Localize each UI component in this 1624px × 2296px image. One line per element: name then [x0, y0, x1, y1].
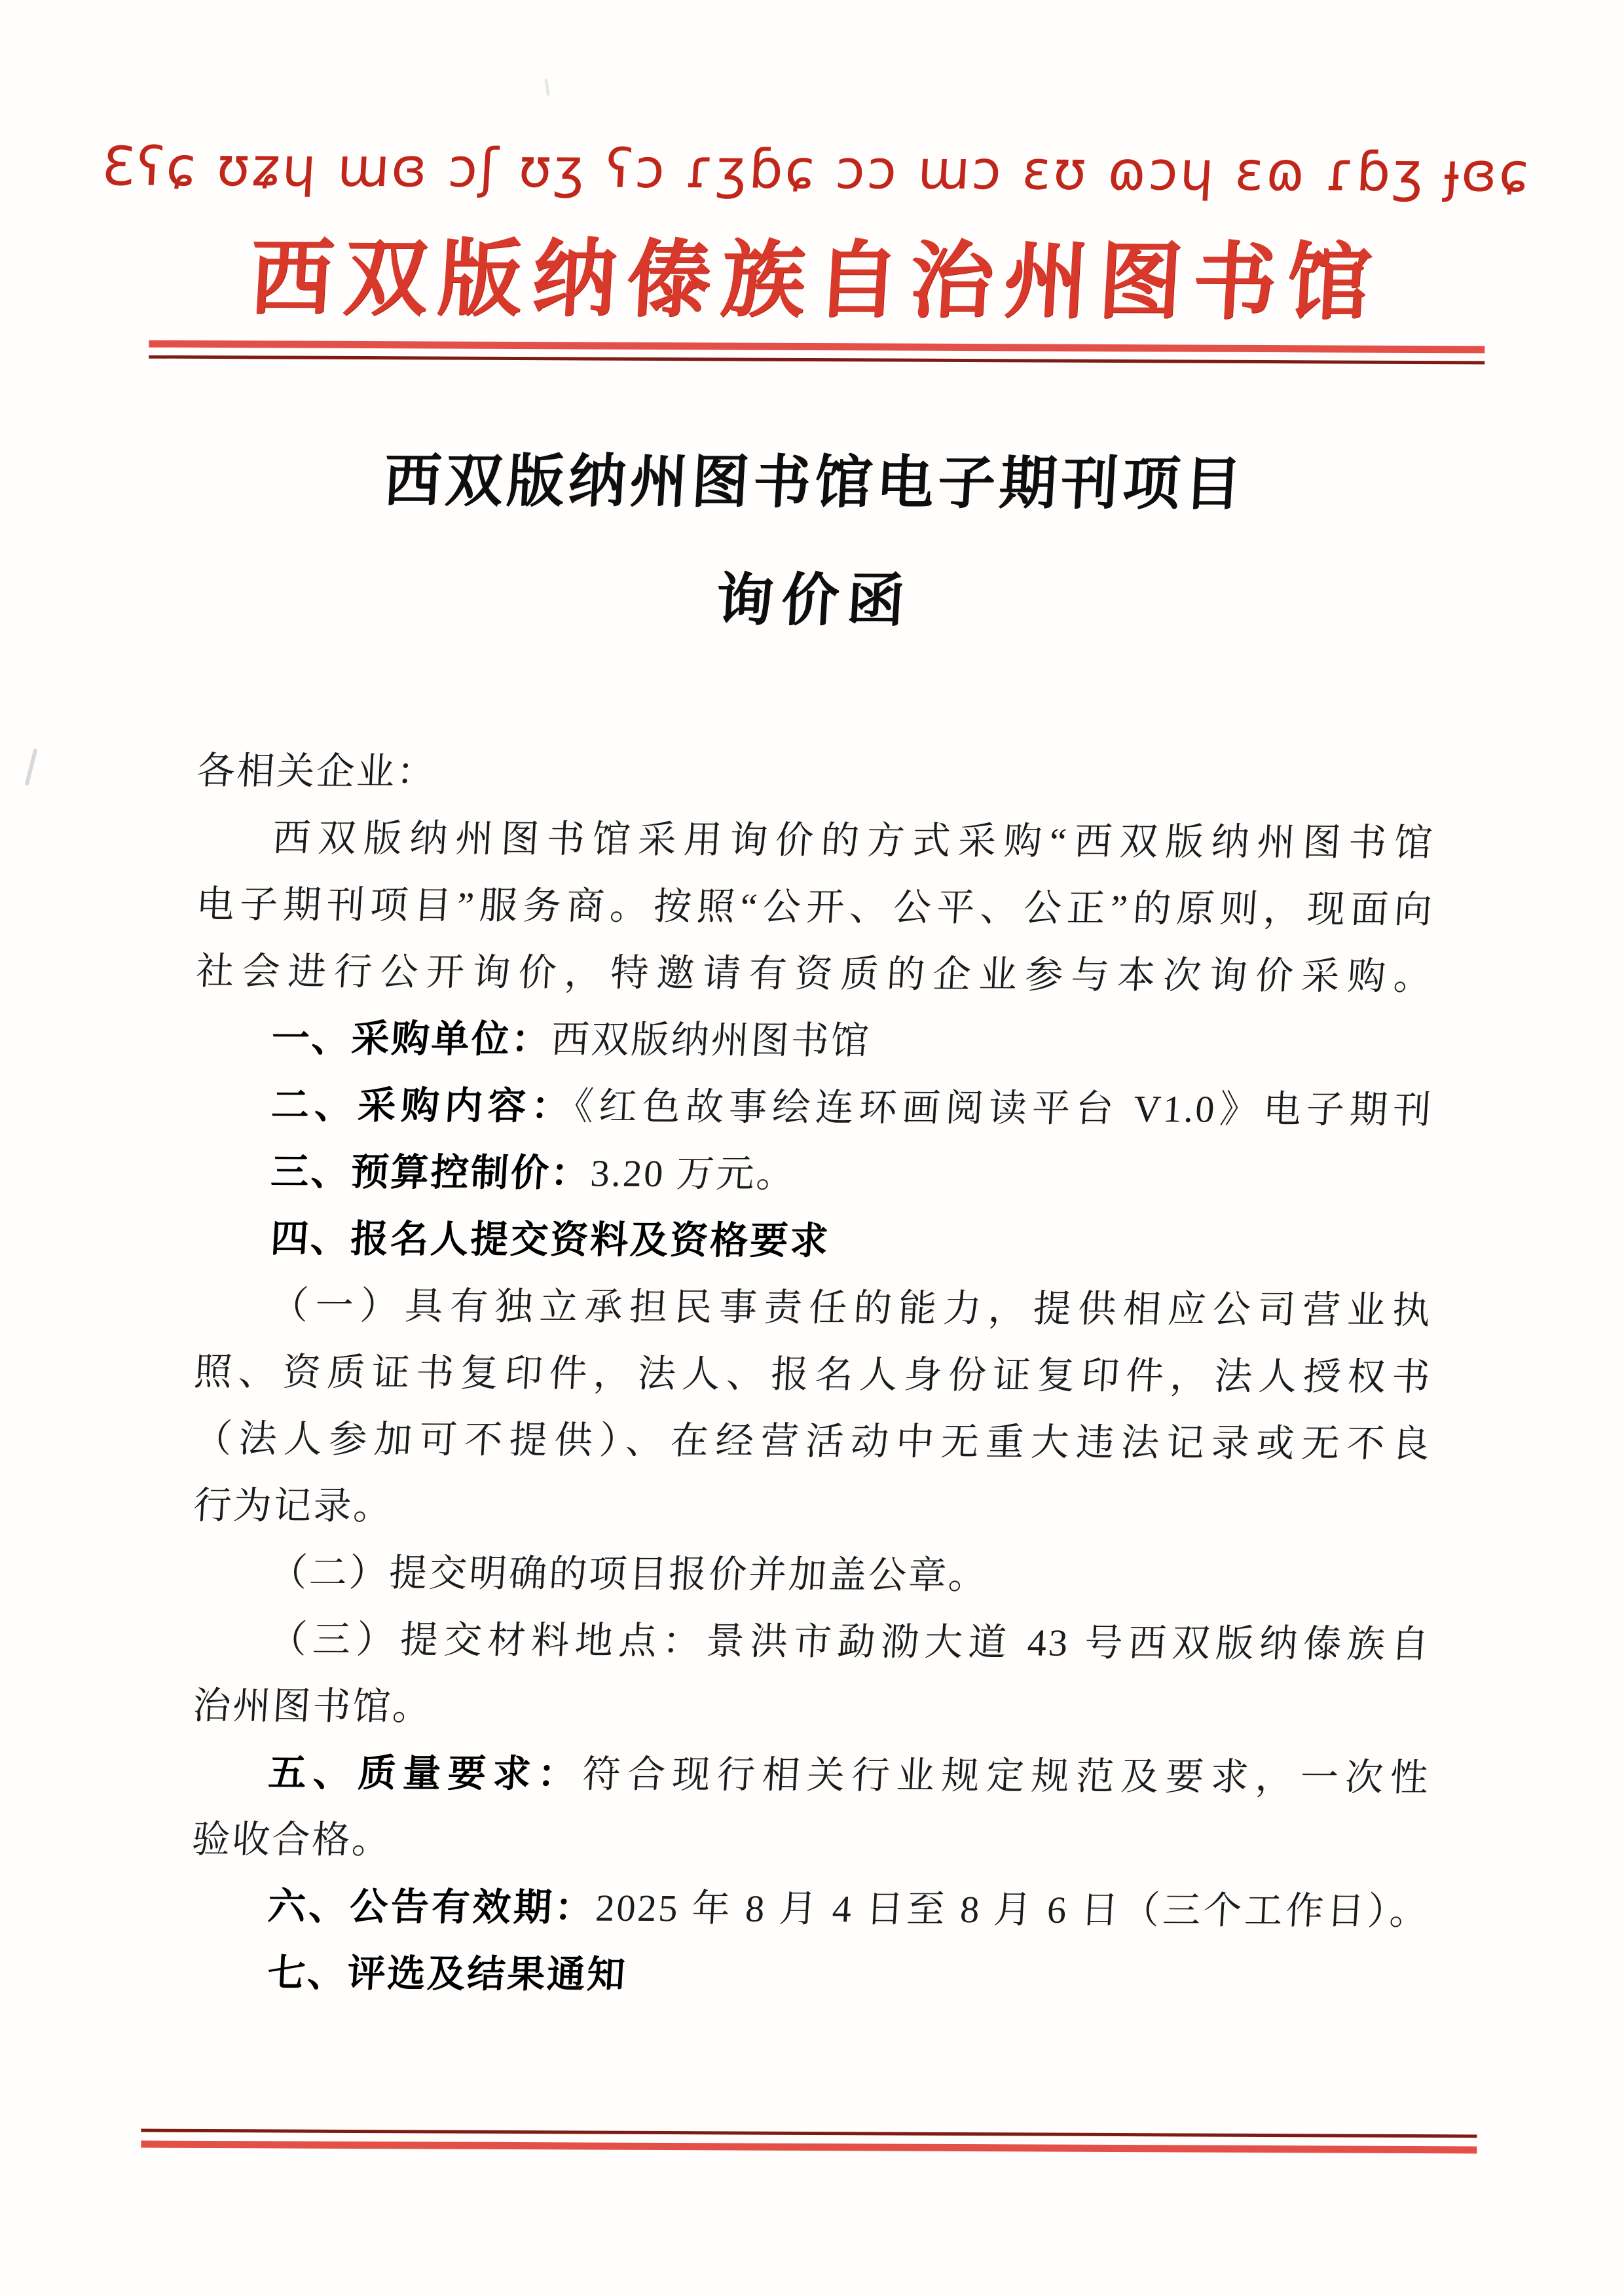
- text-run: 《红色故事绘连环画阅读平台 V1.0》电子期刊: [574, 1085, 1435, 1131]
- text-run: 西双版纳州图书馆采用询价的方式采购“西双版纳州图书馆: [271, 816, 1435, 864]
- body-lines: 各相关企业：西双版纳州图书馆采用询价的方式采购“西双版纳州图书馆电子期刊项目”服…: [191, 738, 1434, 2012]
- section-label: 一、采购单位：: [270, 1017, 553, 1061]
- body-line: 四、报名人提交资料及资格要求: [193, 1205, 1434, 1277]
- organization-title: 西双版纳傣族自治州图书馆: [1, 210, 1624, 337]
- body-line: 照、资质证书复印件，法人、报名人身份证复印件，法人授权书: [193, 1339, 1434, 1411]
- document-title-line1: 西双版纳州图书馆电子期刊项目: [1, 433, 1624, 523]
- text-run: （一）具有独立承担民事责任的能力，提供相应公司营业执: [269, 1284, 1433, 1332]
- body-line: （一）具有独立承担民事责任的能力，提供相应公司营业执: [193, 1272, 1434, 1344]
- body-line: （三）提交材料地点：景洪市勐泐大道 43 号西双版纳傣族自: [191, 1606, 1433, 1678]
- body-line: （法人参加可不提供）、在经营活动中无重大违法记录或无不良: [192, 1406, 1433, 1478]
- text-run: 行为记录。: [193, 1484, 395, 1527]
- section-label: 六、公告有效期：: [267, 1885, 597, 1929]
- body-line: 西双版纳州图书馆采用询价的方式采购“西双版纳州图书馆: [194, 805, 1436, 877]
- page-content: Ɛʕɕ ʊʑɥ ɯɞ ɔʃ ʊʒ ʕɔ ɾʒɓɕ ɔɔ ɯɔ ɛʊ ɷɔɥ ɛɷ…: [0, 0, 1624, 2296]
- text-run: （二）提交明确的项目报价并加盖公章。: [268, 1551, 989, 1597]
- dai-script-line: Ɛʕɕ ʊʑɥ ɯɞ ɔʃ ʊʒ ʕɔ ɾʒɓɕ ɔɔ ɯɔ ɛʊ ɷɔɥ ɛɷ…: [3, 136, 1624, 205]
- divider-thin-rule: [149, 355, 1485, 365]
- footer-divider: [141, 2129, 1477, 2154]
- section-label: 三、预算控制价：: [270, 1150, 592, 1194]
- body-line: 各相关企业：: [195, 738, 1437, 810]
- body-line: 六、公告有效期：2025 年 8 月 4 日至 8 月 6 日（三个工作日）。: [190, 1873, 1431, 1945]
- text-run: （法人参加可不提供）、在经营活动中无重大违法记录或无不良: [193, 1417, 1433, 1465]
- scan-artifact: [544, 79, 549, 96]
- letterhead-divider: [149, 340, 1485, 365]
- body-line: 治州图书馆。: [191, 1673, 1432, 1745]
- scanned-letter-page: Ɛʕɕ ʊʑɥ ɯɞ ɔʃ ʊʒ ʕɔ ɾʒɓɕ ɔɔ ɯɔ ɛʊ ɷɔɥ ɛɷ…: [0, 0, 1624, 2296]
- text-run: 验收合格。: [191, 1818, 394, 1861]
- body-line: 电子期刊项目”服务商。按照“公开、公平、公正”的原则，现面向: [194, 871, 1436, 943]
- footer-thin-rule: [141, 2129, 1477, 2138]
- body-line: 一、采购单位：西双版纳州图书馆: [194, 1005, 1435, 1077]
- section-label: 七、评选及结果通知: [267, 1952, 629, 1995]
- section-label: 四、报名人提交资料及资格要求: [270, 1217, 832, 1262]
- text-run: 2025 年 8 月 4 日至 8 月 6 日（三个工作日）。: [595, 1887, 1431, 1933]
- text-run: 3.20 万元。: [589, 1152, 798, 1195]
- body-line: 五、质量要求：符合现行相关行业规定规范及要求，一次性: [191, 1740, 1432, 1812]
- body-line: 七、评选及结果通知: [190, 1940, 1431, 2012]
- text-run: （三）提交材料地点：景洪市勐泐大道 43 号西双版纳傣族自: [268, 1618, 1432, 1666]
- document-title-line2: 询价函: [0, 551, 1624, 641]
- body-line: 行为记录。: [192, 1472, 1433, 1544]
- text-run: 各相关企业：: [196, 750, 438, 793]
- text-run: 符合现行相关行业规定规范及要求，一次性: [581, 1753, 1431, 1799]
- text-run: 照、资质证书复印件，法人、报名人身份证复印件，法人授权书: [193, 1351, 1433, 1398]
- scan-artifact: [24, 748, 37, 786]
- body-line: 二、采购内容：《红色故事绘连环画阅读平台 V1.0》电子期刊: [193, 1072, 1435, 1144]
- text-run: 治州图书馆。: [191, 1685, 434, 1728]
- text-run: 西双版纳州图书馆: [550, 1018, 872, 1062]
- text-run: 社会进行公开询价，特邀请有资质的企业参与本次询价采购。: [194, 950, 1435, 998]
- text-run: 电子期刊项目”服务商。按照“公开、公平、公正”的原则，现面向: [195, 883, 1435, 931]
- section-label: 五、质量要求：: [267, 1751, 583, 1795]
- body-line: 验收合格。: [190, 1806, 1431, 1878]
- body-line: （二）提交明确的项目报价并加盖公章。: [191, 1539, 1433, 1611]
- section-label: 二、采购内容：: [270, 1084, 576, 1127]
- divider-thick-rule: [149, 340, 1485, 354]
- body-line: 社会进行公开询价，特邀请有资质的企业参与本次询价采购。: [194, 938, 1435, 1010]
- body-line: 三、预算控制价：3.20 万元。: [193, 1139, 1435, 1211]
- footer-thick-rule: [141, 2141, 1477, 2154]
